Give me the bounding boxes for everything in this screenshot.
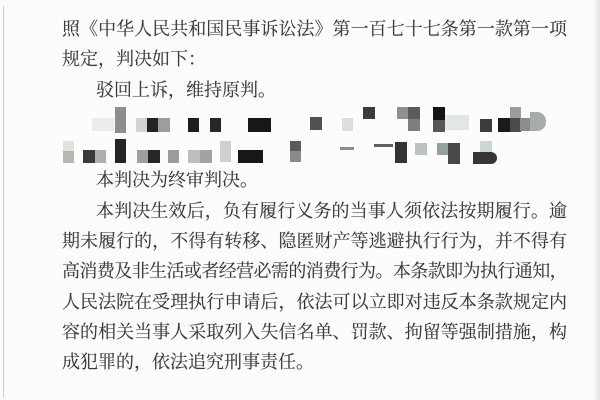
judgment-text-column: 照《中华人民共和国民事诉讼法》第一百七十七条第一款第一项 规定，判决如下： 驳回… — [62, 14, 567, 378]
document-line-enforcement-6: 成犯罪的，依法追究刑事责任。 — [62, 347, 567, 377]
document-line-ruling: 驳回上诉，维持原判。 — [62, 75, 567, 105]
document-line-enforcement-5: 容的相关当事人采取列入失信名单、罚款、拘留等强制措施，构 — [62, 317, 567, 347]
document-line-enforcement-3: 高消费及非生活或者经营必需的消费行为。本条款即为执行通知， — [62, 256, 567, 286]
scanned-judgment-page: 照《中华人民共和国民事诉讼法》第一百七十七条第一款第一项 规定，判决如下： 驳回… — [0, 0, 600, 400]
document-line-enforcement-2: 期未履行的，不得有转移、隐匿财产等逃避执行行为，并不得有 — [62, 226, 567, 256]
document-line-final-verdict: 本判决为终审判决。 — [62, 165, 567, 195]
redacted-line-1 — [62, 105, 567, 135]
redacted-line-2 — [62, 135, 567, 165]
document-line-enforcement-4: 人民法院在受理执行申请后，依法可以立即对违反本条款规定内 — [62, 287, 567, 317]
document-line-enforcement-1: 本判决生效后，负有履行义务的当事人须依法按期履行。逾 — [62, 196, 567, 226]
document-line-citation: 照《中华人民共和国民事诉讼法》第一百七十七条第一款第一项 — [62, 14, 567, 44]
scan-edge-shade — [592, 0, 600, 400]
document-line-ruling-intro: 规定，判决如下： — [62, 44, 567, 74]
scan-edge-line — [3, 6, 4, 398]
